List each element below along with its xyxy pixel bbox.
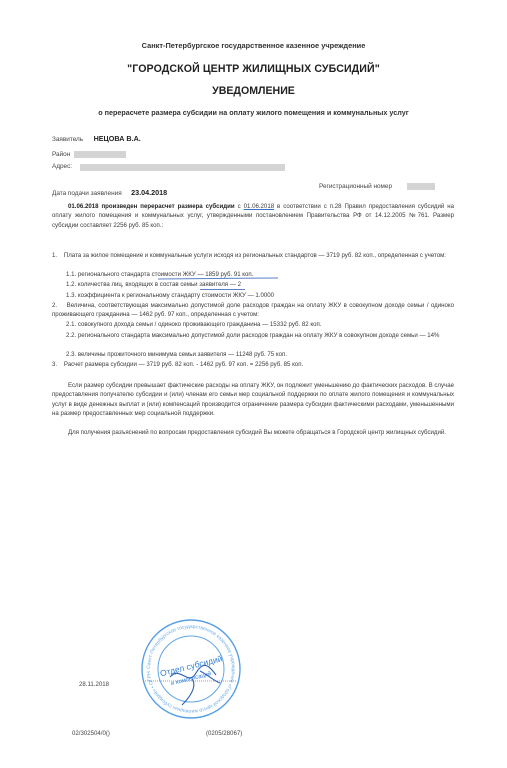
stamp-seal-icon: Санкт-Петербургское государственное казе… — [140, 617, 242, 721]
application-date: 23.04.2018 — [131, 188, 167, 197]
calc-item-2-1: 2.1. совокупного дохода семьи / одиноко … — [66, 321, 321, 328]
svg-text:Отдел субсидий: Отдел субсидий — [159, 653, 224, 678]
district-redacted — [74, 151, 126, 158]
note-paragraph-1: Если размер субсидии превышает фактическ… — [52, 381, 454, 418]
pen-underline — [200, 289, 245, 290]
document-subject: о перерасчете размера субсидии на оплату… — [0, 108, 507, 117]
organization-name: Санкт-Петербургское государственное казе… — [0, 41, 507, 50]
recalc-date: 01.06.2018 — [68, 203, 99, 210]
application-date-row: Дата подачи заявления 23.04.2018 — [52, 182, 167, 200]
signature-date: 28.11.2018 — [79, 681, 109, 688]
effective-date: 01.06.2018 — [244, 203, 275, 210]
document-code-right: (0205/28067) — [206, 730, 242, 737]
note-paragraph-2: Для получения разъяснений по вопросам пр… — [52, 428, 454, 437]
address-label: Адрес: — [52, 163, 72, 170]
calc-item-3: 3. Расчет размера субсидии — 3719 руб. 8… — [52, 361, 303, 368]
official-stamp: Санкт-Петербургское государственное казе… — [140, 617, 242, 721]
applicant-label: Заявитель — [52, 136, 83, 143]
calc-item-1-3: 1.3. коэффициента к региональному станда… — [66, 292, 274, 299]
calc-item-2: 2. Величина, соответствующая максимально… — [52, 301, 454, 320]
application-date-label: Дата подачи заявления — [52, 190, 122, 197]
reg-number-label: Регистрационный номер — [319, 183, 392, 190]
calc-item-2-2: 2.2. регионального стандарта максимально… — [66, 331, 469, 340]
document-type: УВЕДОМЛЕНИЕ — [0, 85, 507, 97]
district-label: Район — [52, 151, 70, 158]
intro-paragraph: 01.06.2018 произведен перерасчет размера… — [52, 202, 454, 230]
address-redacted — [80, 164, 285, 171]
applicant-name: НЕЦОВА В.А. — [94, 134, 141, 143]
notification-document: Санкт-Петербургское государственное казе… — [0, 0, 507, 768]
calc-item-1: 1. Плата за жилое помещение и коммунальн… — [52, 251, 454, 260]
document-code-left: 02/302504/0() — [72, 730, 110, 737]
document-title: "ГОРОДСКОЙ ЦЕНТР ЖИЛИЩНЫХ СУБСИДИЙ" — [0, 63, 507, 75]
reg-number-redacted — [407, 183, 435, 190]
applicant-row: Заявитель НЕЦОВА В.А. — [52, 128, 141, 146]
pen-underline — [158, 277, 278, 279]
calc-item-1-2: 1.2. количества лиц, входящих в состав с… — [66, 281, 241, 288]
calc-item-2-3: 2.3. величины прожиточного минимума семь… — [66, 351, 287, 358]
